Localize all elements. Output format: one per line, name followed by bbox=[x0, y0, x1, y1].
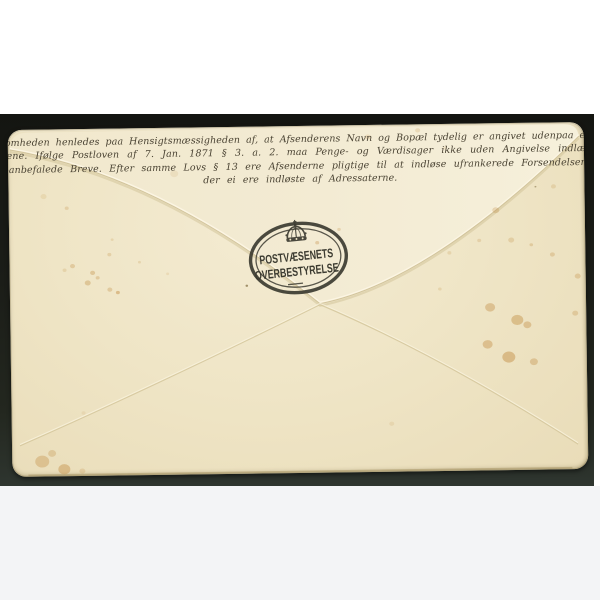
foxing-stain bbox=[534, 186, 536, 188]
foxing-stain bbox=[58, 464, 70, 474]
page-bottom-margin bbox=[0, 486, 600, 600]
foxing-stain bbox=[529, 243, 533, 246]
foxing-stain bbox=[70, 264, 75, 268]
foxing-stain bbox=[63, 269, 67, 272]
foxing-stain bbox=[530, 358, 538, 365]
foxing-stain bbox=[485, 303, 495, 312]
foxing-stain bbox=[138, 261, 141, 264]
foxing-stain bbox=[107, 253, 111, 256]
envelope-bottom-edge bbox=[28, 468, 572, 476]
foxing-stain bbox=[111, 238, 114, 241]
foxing-stain bbox=[477, 239, 481, 242]
foxing-stain bbox=[572, 311, 578, 316]
page: { "theme": { "paper": "#efe5c6", "ink": … bbox=[0, 0, 600, 600]
foxing-stain bbox=[438, 287, 442, 290]
foxing-stain bbox=[511, 315, 523, 325]
foxing-stain bbox=[35, 456, 49, 468]
foxing-stain bbox=[523, 321, 531, 328]
foxing-stain bbox=[107, 287, 112, 291]
foxing-stain bbox=[575, 274, 581, 279]
foxing-stain bbox=[41, 194, 47, 199]
foxing-stain bbox=[502, 351, 515, 362]
foxing-stain bbox=[508, 237, 514, 242]
foxing-stain bbox=[48, 450, 56, 457]
foxing-stain bbox=[79, 468, 85, 473]
postal-notice: Opmærksomheden henledes paa Hensigtsmæss… bbox=[16, 129, 577, 190]
foxing-stain bbox=[65, 206, 69, 209]
foxing-stain bbox=[389, 422, 394, 426]
foxing-stain bbox=[85, 280, 91, 285]
foxing-stain bbox=[550, 252, 555, 256]
foxing-stain bbox=[96, 276, 100, 279]
foxing-stain bbox=[483, 340, 493, 349]
foxing-stain bbox=[447, 251, 451, 254]
envelope-photo: POSTVÆSENETS OVERBESTYRELSE Opmærksomhed… bbox=[0, 114, 594, 486]
foxing-stain bbox=[245, 285, 248, 287]
foxing-stain bbox=[166, 273, 169, 276]
foxing-stain bbox=[90, 271, 95, 275]
side-flap-creases bbox=[18, 300, 578, 452]
envelope-back: POSTVÆSENETS OVERBESTYRELSE Opmærksomhed… bbox=[8, 122, 589, 477]
notice-line: der ei ere indløste af Adressaterne. bbox=[203, 172, 397, 188]
foxing-stain bbox=[82, 411, 86, 414]
foxing-stain bbox=[551, 184, 556, 188]
foxing-stain bbox=[116, 291, 120, 294]
